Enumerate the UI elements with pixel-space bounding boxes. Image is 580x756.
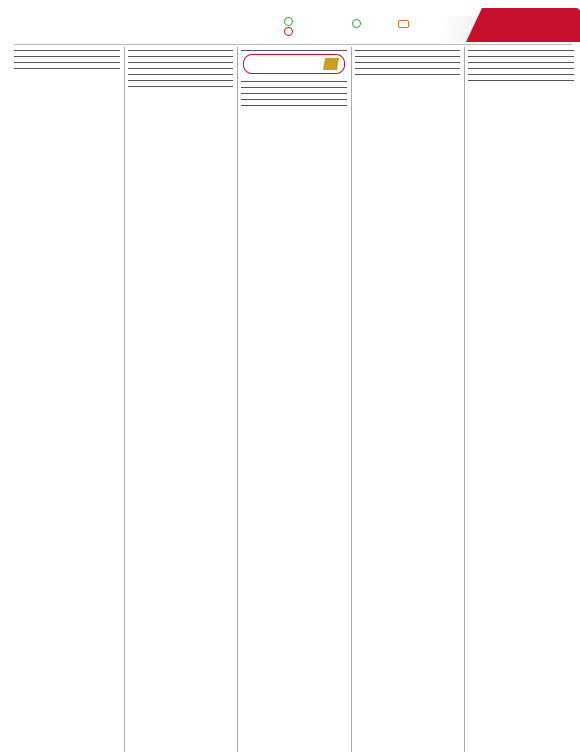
- classified-notice: [128, 77, 234, 81]
- classified-notice: [468, 71, 574, 75]
- mail-icon: [398, 20, 409, 28]
- classified-notice: [241, 96, 347, 100]
- classifieds-columns: [14, 47, 574, 752]
- classified-notice: [468, 53, 574, 57]
- classified-notice: [241, 102, 347, 106]
- classified-notice: [14, 59, 120, 63]
- classified-notice: [241, 84, 347, 88]
- column-3: [237, 47, 347, 752]
- whatsapp-contact[interactable]: [352, 16, 363, 28]
- classified-notice: [241, 78, 347, 82]
- classified-notice: [468, 77, 574, 81]
- classified-notice: [14, 53, 120, 57]
- classified-notice: [355, 71, 461, 75]
- classified-notice: [14, 65, 120, 69]
- column-1: [14, 47, 120, 752]
- classified-notice: [128, 47, 234, 51]
- classified-notice: [241, 90, 347, 94]
- classified-notice: [468, 59, 574, 63]
- column-5: [464, 47, 574, 752]
- page-header: [0, 0, 580, 44]
- whatsapp-icon: [352, 19, 361, 28]
- classified-notice: [468, 47, 574, 51]
- classified-notice: [128, 83, 234, 87]
- header-divider: [14, 44, 572, 45]
- rings-icon: [323, 58, 339, 70]
- brand-red-tab: [466, 8, 580, 42]
- classified-notice: [468, 65, 574, 69]
- email-contact[interactable]: [398, 20, 411, 28]
- disolucion-conyugal-banner: [243, 54, 345, 74]
- column-4: [351, 47, 461, 752]
- classified-notice: [355, 47, 461, 51]
- classified-notice: [128, 59, 234, 63]
- whatsapp-icon: [284, 17, 293, 26]
- classified-notice: [355, 65, 461, 69]
- classified-notice: [355, 53, 461, 57]
- customer-service-contact[interactable]: [284, 16, 295, 36]
- classified-notice: [14, 47, 120, 51]
- classified-notice: [355, 59, 461, 63]
- classified-notice: [128, 53, 234, 57]
- phone-icon: [284, 27, 293, 36]
- column-2: [124, 47, 234, 752]
- classified-notice: [128, 71, 234, 75]
- classified-notice: [128, 65, 234, 69]
- classified-notice: [241, 47, 347, 51]
